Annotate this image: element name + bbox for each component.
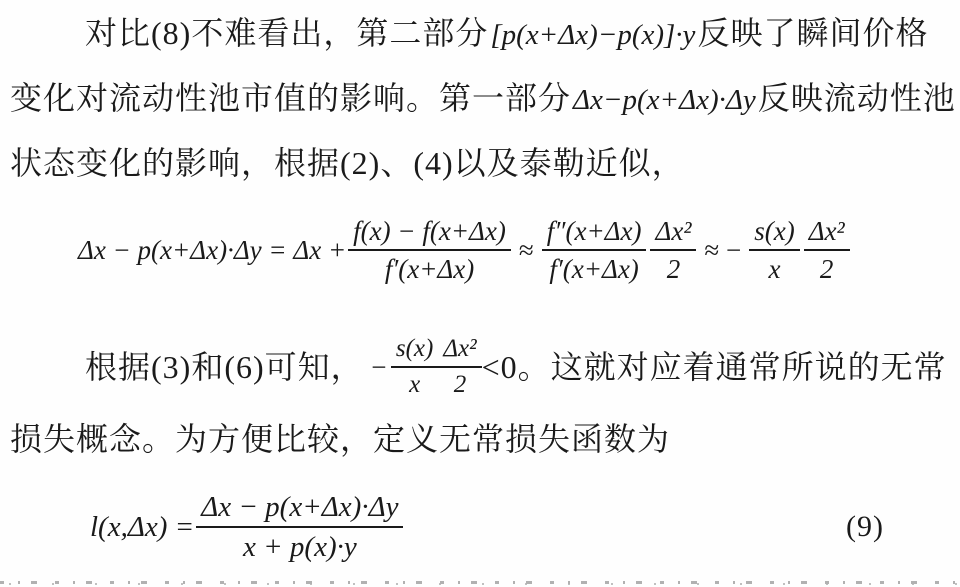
document-page: 对比(8)不难看出，第二部分[p(x+Δx)−p(x)]·y反映了瞬间价格 变化… [0, 0, 960, 587]
eq8-frac3-denominator: 2 [667, 251, 681, 284]
eq8-fraction2: f″(x+Δx) f′(x+Δx) [542, 216, 647, 284]
eq8-approx1: ≈ [513, 235, 540, 266]
p2l1-frac1-denominator: x [409, 368, 420, 399]
eq8-lead: Δx − p(x+Δx)·Δy = Δx + [78, 235, 346, 266]
p2l1-minus-sign: − [364, 342, 391, 392]
eq8-fraction5: Δx² 2 [804, 216, 850, 284]
eq9-fraction: Δx − p(x+Δx)·Δy x + p(x)·y [196, 491, 403, 564]
p2l1-fraction1: s(x) x [391, 335, 438, 399]
p2l1-text2: <0。这就对应着通常所说的无常 [482, 342, 947, 392]
p1l3-text1: 状态变化的影响，根据(2)、(4)以及泰勒近似， [10, 145, 685, 181]
p2l1-frac2-numerator: Δx² [438, 335, 481, 368]
p2l1-fraction2: Δx² 2 [438, 335, 481, 399]
paragraph2-line1: 根据(3)和(6)可知， − s(x) x Δx² 2 <0。这就对应着通常所说… [10, 320, 954, 414]
eq9-lhs: l(x,Δx) = [90, 511, 194, 544]
paragraph1-line3: 状态变化的影响，根据(2)、(4)以及泰勒近似， [10, 138, 954, 188]
eq9-frac-numerator: Δx − p(x+Δx)·Δy [196, 491, 403, 528]
eq8-frac4-numerator: s(x) [749, 216, 799, 251]
equation-number: (9) [846, 510, 884, 544]
paragraph1-line1: 对比(8)不难看出，第二部分[p(x+Δx)−p(x)]·y反映了瞬间价格 [10, 8, 954, 60]
p2l2-text1: 损失概念。为方便比较，定义无常损失函数为 [10, 421, 670, 457]
eq8-fraction1: f(x) − f(x+Δx) f′(x+Δx) [348, 216, 511, 284]
p1l2-text1: 变化对流动性池市值的影响。第一部分 [10, 80, 571, 116]
eq8-frac1-denominator: f′(x+Δx) [385, 251, 474, 284]
eq9-frac-denominator: x + p(x)·y [243, 528, 357, 563]
eq8-fraction3: Δx² 2 [650, 216, 696, 284]
cut-off-text-line [0, 579, 960, 587]
eq8-frac5-numerator: Δx² [804, 216, 850, 251]
p2l1-frac2-denominator: 2 [454, 368, 467, 399]
p2l1-text1: 根据(3)和(6)可知， [85, 342, 364, 392]
eq8-frac5-denominator: 2 [820, 251, 834, 284]
eq8-fraction4: s(x) x [749, 216, 799, 284]
p1l1-inline-math: [p(x+Δx)−p(x)]·y [488, 19, 697, 51]
p1l1-text1: 对比(8)不难看出，第二部分 [85, 15, 488, 51]
p1l1-text2: 反映了瞬间价格 [697, 15, 928, 51]
p1l2-inline-math: Δx−p(x+Δx)·Δy [571, 84, 758, 116]
eq8-approx2: ≈ − [698, 235, 747, 266]
eq8-frac1-numerator: f(x) − f(x+Δx) [348, 216, 511, 251]
p2l1-frac1-numerator: s(x) [391, 335, 438, 368]
eq8-frac2-denominator: f′(x+Δx) [549, 251, 638, 284]
eq8-frac4-denominator: x [768, 251, 780, 284]
equation-impermanent-loss-function: l(x,Δx) = Δx − p(x+Δx)·Δy x + p(x)·y (9) [10, 478, 954, 576]
eq8-frac2-numerator: f″(x+Δx) [542, 216, 647, 251]
paragraph1-line2: 变化对流动性池市值的影响。第一部分Δx−p(x+Δx)·Δy反映流动性池 [10, 73, 954, 125]
equation-taylor-approximation: Δx − p(x+Δx)·Δy = Δx + f(x) − f(x+Δx) f′… [10, 198, 954, 302]
paragraph2-line2: 损失概念。为方便比较，定义无常损失函数为 [10, 414, 954, 464]
p1l2-text2: 反映流动性池 [758, 80, 956, 116]
eq8-frac3-numerator: Δx² [650, 216, 696, 251]
